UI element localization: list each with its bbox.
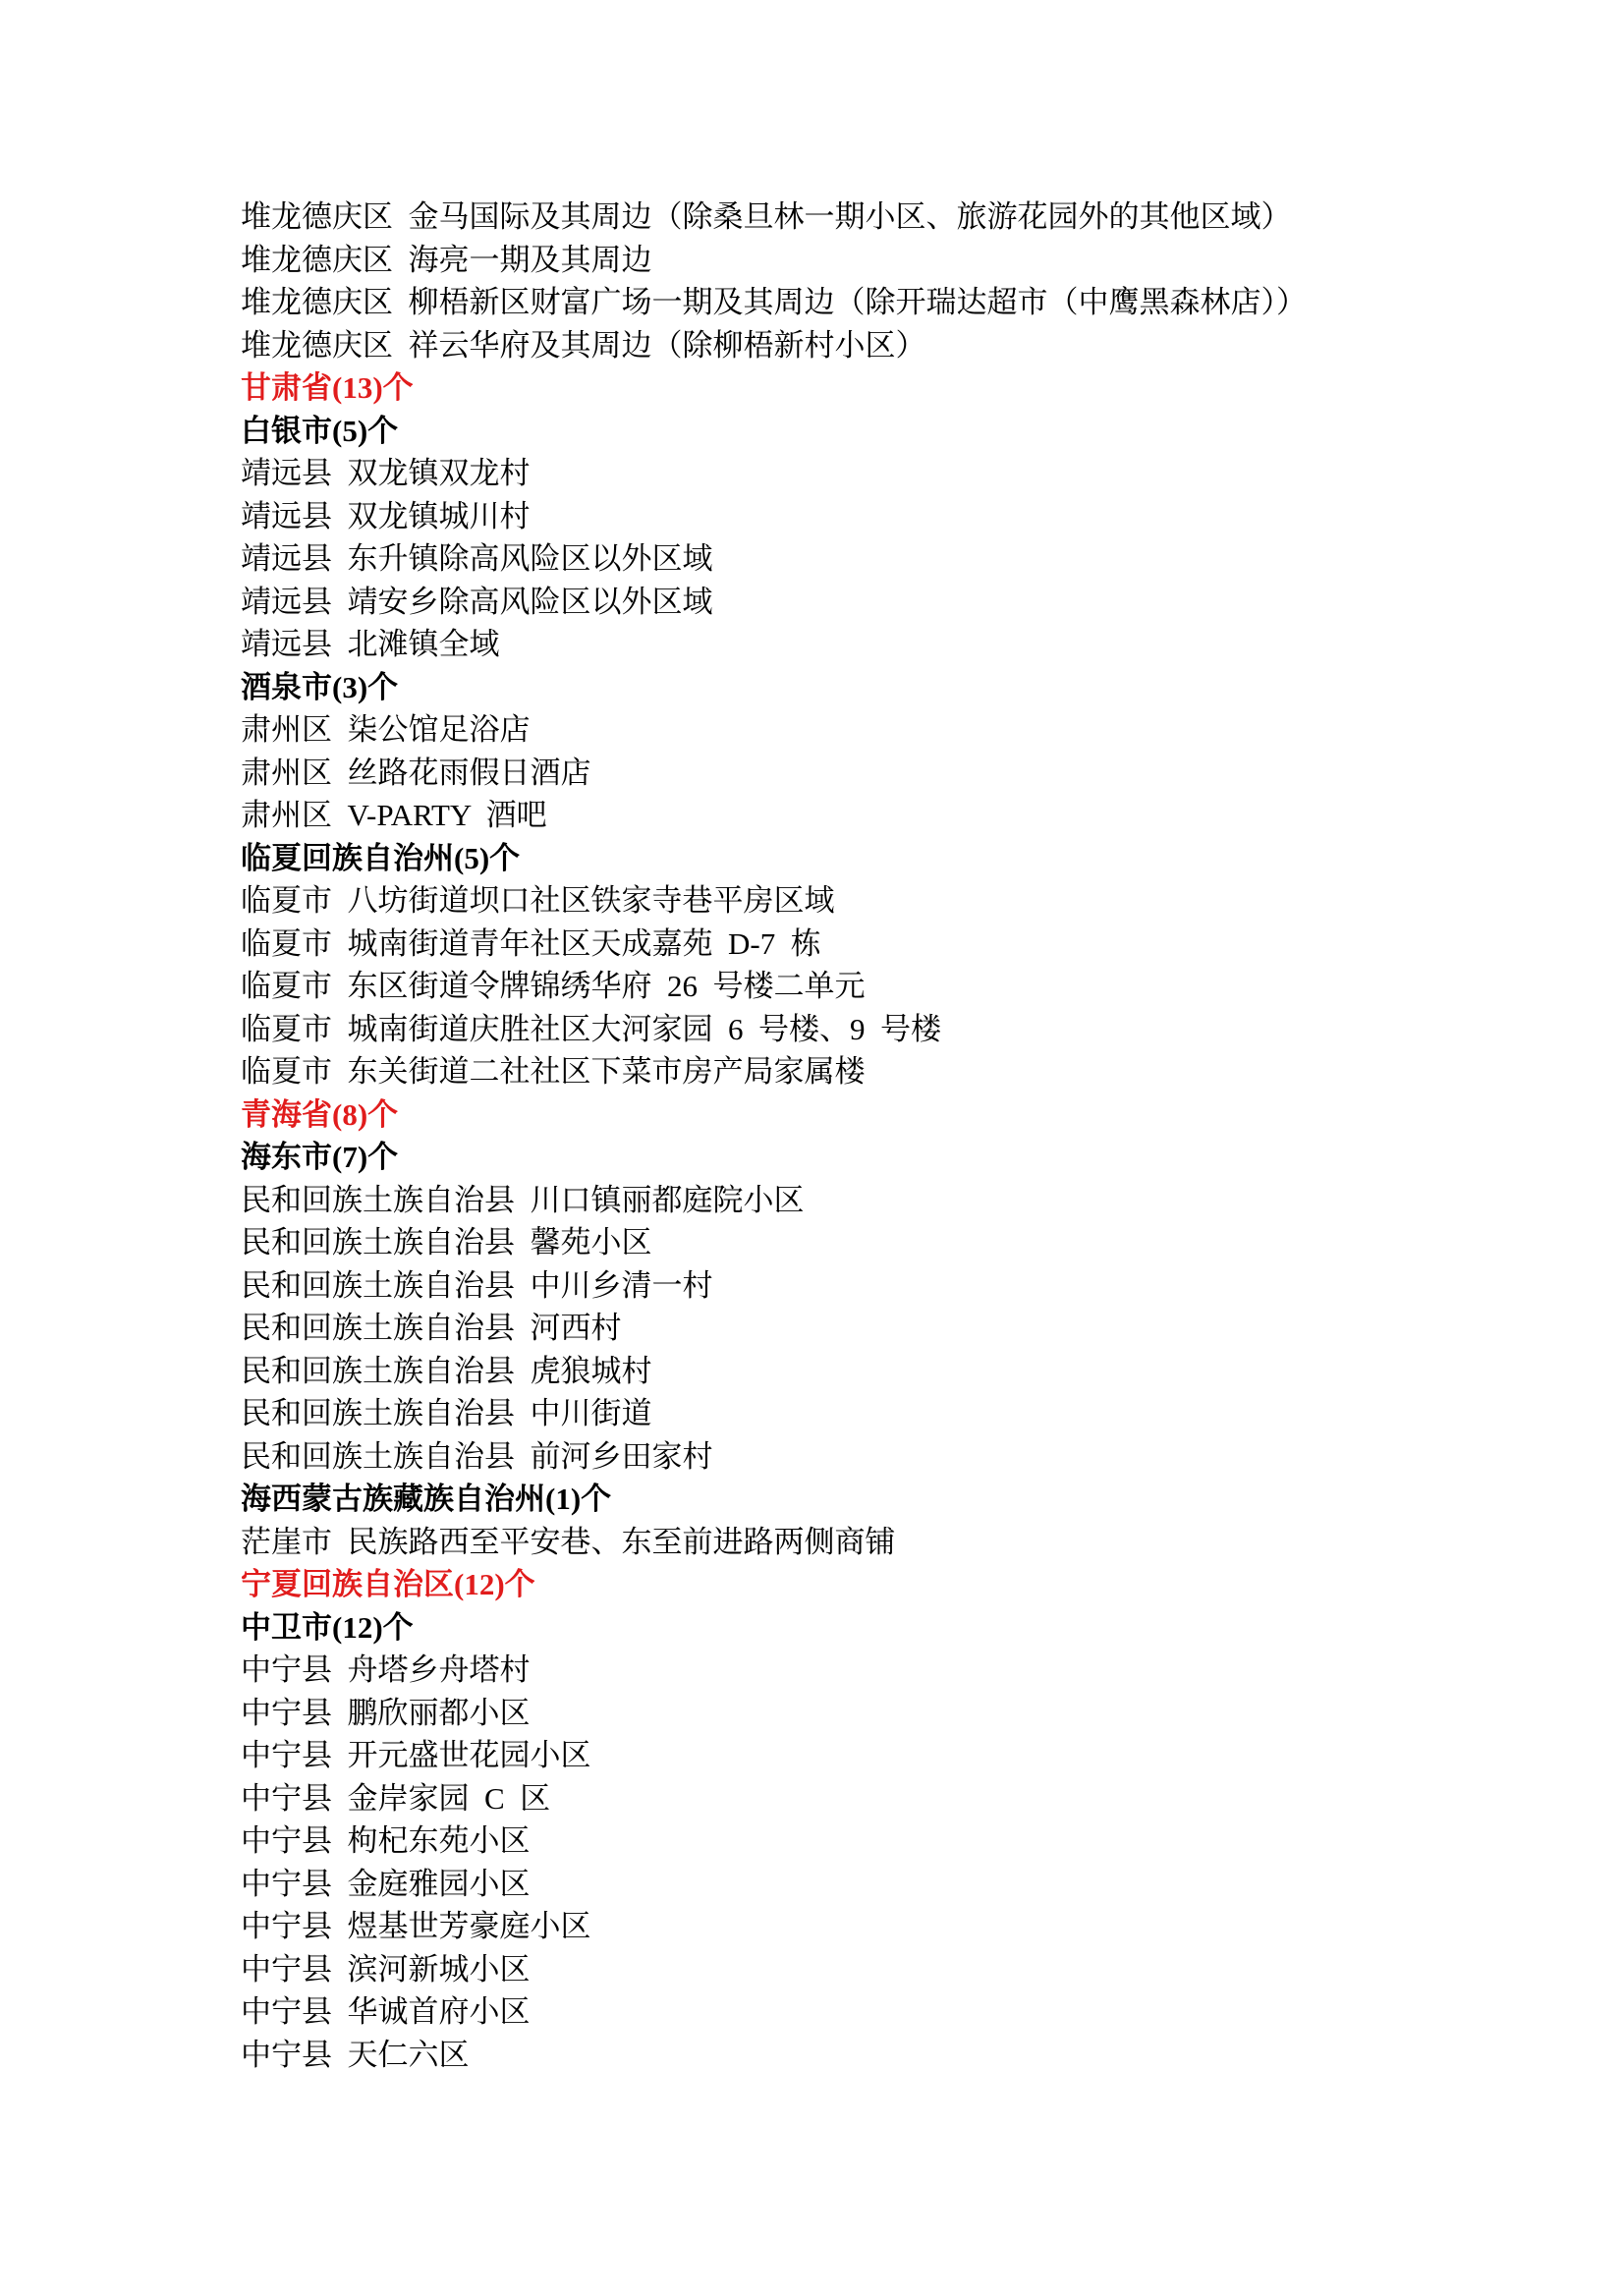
area-entry: 民和回族土族自治县 中川乡清一村	[241, 1264, 1518, 1308]
area-entry: 中宁县 滨河新城小区	[241, 1948, 1518, 1991]
area-entry: 民和回族土族自治县 河西村	[241, 1307, 1518, 1350]
area-entry: 堆龙德庆区 金马国际及其周边（除桑旦林一期小区、旅游花园外的其他区域）	[241, 196, 1518, 239]
area-entry: 临夏市 八坊街道坝口社区铁家寺巷平房区域	[241, 879, 1518, 923]
area-entry: 中宁县 金庭雅园小区	[241, 1863, 1518, 1906]
document-lines: 堆龙德庆区 金马国际及其周边（除桑旦林一期小区、旅游花园外的其他区域）堆龙德庆区…	[241, 196, 1518, 2076]
province-heading: 甘肃省(13)个	[241, 366, 1518, 410]
city-heading: 临夏回族自治州(5)个	[241, 837, 1518, 880]
area-entry: 堆龙德庆区 海亮一期及其周边	[241, 239, 1518, 282]
area-entry: 堆龙德庆区 柳梧新区财富广场一期及其周边（除开瑞达超市（中鹰黑森林店））	[241, 281, 1518, 324]
area-entry: 临夏市 城南街道青年社区天成嘉苑 D-7 栋	[241, 923, 1518, 966]
city-heading: 海西蒙古族藏族自治州(1)个	[241, 1478, 1518, 1521]
area-entry: 民和回族土族自治县 虎狼城村	[241, 1350, 1518, 1393]
area-entry: 肃州区 柒公馆足浴店	[241, 708, 1518, 752]
area-entry: 民和回族土族自治县 馨苑小区	[241, 1221, 1518, 1264]
area-entry: 肃州区 V-PARTY 酒吧	[241, 794, 1518, 837]
province-heading: 青海省(8)个	[241, 1093, 1518, 1137]
area-entry: 靖远县 双龙镇城川村	[241, 495, 1518, 538]
area-entry: 中宁县 鹏欣丽都小区	[241, 1692, 1518, 1735]
area-entry: 中宁县 煜基世芳豪庭小区	[241, 1905, 1518, 1948]
city-heading: 中卫市(12)个	[241, 1606, 1518, 1650]
area-entry: 中宁县 舟塔乡舟塔村	[241, 1649, 1518, 1692]
area-entry: 中宁县 枸杞东苑小区	[241, 1819, 1518, 1863]
area-entry: 靖远县 靖安乡除高风险区以外区域	[241, 581, 1518, 624]
area-entry: 中宁县 开元盛世花园小区	[241, 1734, 1518, 1777]
area-entry: 靖远县 双龙镇双龙村	[241, 452, 1518, 495]
city-heading: 酒泉市(3)个	[241, 666, 1518, 709]
area-entry: 临夏市 东关街道二社社区下菜市房产局家属楼	[241, 1050, 1518, 1093]
area-entry: 茫崖市 民族路西至平安巷、东至前进路两侧商铺	[241, 1521, 1518, 1564]
area-entry: 中宁县 金岸家园 C 区	[241, 1777, 1518, 1820]
area-entry: 中宁县 天仁六区	[241, 2034, 1518, 2077]
city-heading: 白银市(5)个	[241, 410, 1518, 453]
area-entry: 民和回族土族自治县 前河乡田家村	[241, 1435, 1518, 1479]
area-entry: 中宁县 华诚首府小区	[241, 1990, 1518, 2034]
area-entry: 靖远县 东升镇除高风险区以外区域	[241, 537, 1518, 581]
area-entry: 民和回族土族自治县 中川街道	[241, 1392, 1518, 1435]
area-entry: 靖远县 北滩镇全域	[241, 623, 1518, 666]
area-entry: 民和回族土族自治县 川口镇丽都庭院小区	[241, 1179, 1518, 1222]
area-entry: 临夏市 东区街道令牌锦绣华府 26 号楼二单元	[241, 965, 1518, 1008]
document-page: 堆龙德庆区 金马国际及其周边（除桑旦林一期小区、旅游花园外的其他区域）堆龙德庆区…	[0, 0, 1624, 2295]
area-entry: 堆龙德庆区 祥云华府及其周边（除柳梧新村小区）	[241, 324, 1518, 367]
area-entry: 临夏市 城南街道庆胜社区大河家园 6 号楼、9 号楼	[241, 1008, 1518, 1051]
province-heading: 宁夏回族自治区(12)个	[241, 1563, 1518, 1606]
city-heading: 海东市(7)个	[241, 1136, 1518, 1179]
area-entry: 肃州区 丝路花雨假日酒店	[241, 752, 1518, 795]
